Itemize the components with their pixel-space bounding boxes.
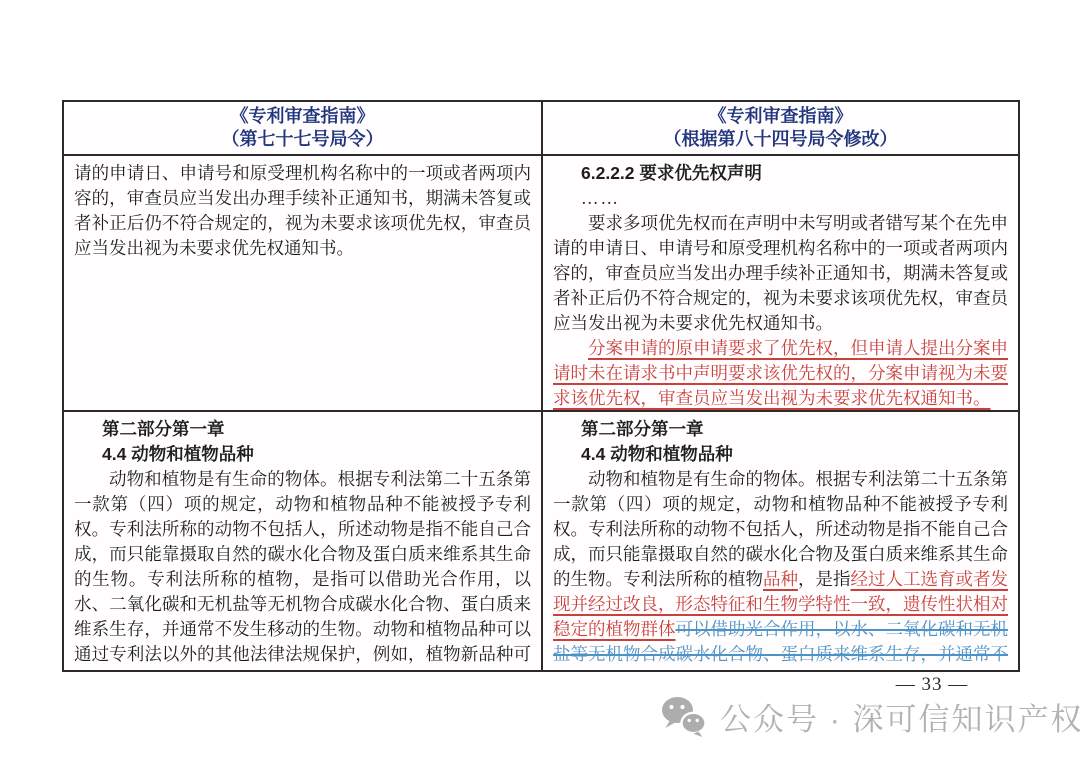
watermark-label: 公众号 · 深可信知识产权: [720, 694, 1080, 739]
cell-old-animals-plants: 第二部分第一章 4.4 动物和植物品种 动物和植物是有生命的物体。根据专利法第二…: [64, 410, 541, 670]
section-heading-44-new: 4.4 动物和植物品种: [553, 442, 1008, 467]
cell-new-priority-text: 6.2.2.2 要求优先权声明 …… 要求多项优先权而在声明中未写明或者错写某个…: [541, 154, 1018, 410]
guide-title-old: 《专利审查指南》: [231, 105, 375, 128]
ellipsis-placeholder: ……: [553, 186, 1008, 211]
animals-plants-paragraph-old: 动物和植物是有生命的物体。根据专利法第二十五条第一款第（四）项的规定，动物和植物…: [74, 467, 531, 670]
comparison-table: 《专利审查指南》 （第七十七号局令） 《专利审查指南》 （根据第八十四号局令修改…: [62, 100, 1020, 672]
added-divisional-paragraph: 分案申请的原申请要求了优先权，但申请人提出分案申请时未在请求书中声明要求该优先权…: [553, 336, 1008, 410]
chapter-heading-new: 第二部分第一章: [553, 417, 1008, 442]
added-text-segment-1: 品种: [763, 569, 798, 589]
continuation-paragraph-old: 请的申请日、申请号和原受理机构名称中的一项或者两项内容的，审查员应当发出办理手续…: [74, 161, 531, 261]
wechat-watermark: 公众号 · 深可信知识产权: [660, 694, 1080, 739]
guide-decree-new: （根据第八十四号局令修改）: [664, 128, 898, 151]
guide-decree-old: （第七十七号局令）: [222, 128, 384, 151]
guide-title-new: 《专利审查指南》: [709, 105, 853, 128]
section-heading-6222: 6.2.2.2 要求优先权声明: [553, 161, 1008, 186]
cell-new-animals-plants: 第二部分第一章 4.4 动物和植物品种 动物和植物是有生命的物体。根据专利法第二…: [541, 410, 1018, 670]
section-heading-44-old: 4.4 动物和植物品种: [74, 442, 531, 467]
animals-plants-paragraph-new: 动物和植物是有生命的物体。根据专利法第二十五条第一款第（四）项的规定，动物和植物…: [553, 467, 1008, 670]
document-page: 《专利审查指南》 （第七十七号局令） 《专利审查指南》 （根据第八十四号局令修改…: [0, 0, 1080, 764]
header-cell-old-version: 《专利审查指南》 （第七十七号局令）: [64, 102, 541, 154]
page-number: — 33 —: [862, 674, 1002, 696]
priority-paragraph-new: 要求多项优先权而在声明中未写明或者错写某个在先申请的申请日、申请号和原受理机构名…: [553, 211, 1008, 336]
chapter-heading-old: 第二部分第一章: [74, 417, 531, 442]
header-cell-new-version: 《专利审查指南》 （根据第八十四号局令修改）: [541, 102, 1018, 154]
unchanged-text-segment-2: ，是指: [798, 569, 851, 589]
wechat-icon: [660, 696, 708, 738]
cell-old-priority-text: 请的申请日、申请号和原受理机构名称中的一项或者两项内容的，审查员应当发出办理手续…: [64, 154, 541, 410]
